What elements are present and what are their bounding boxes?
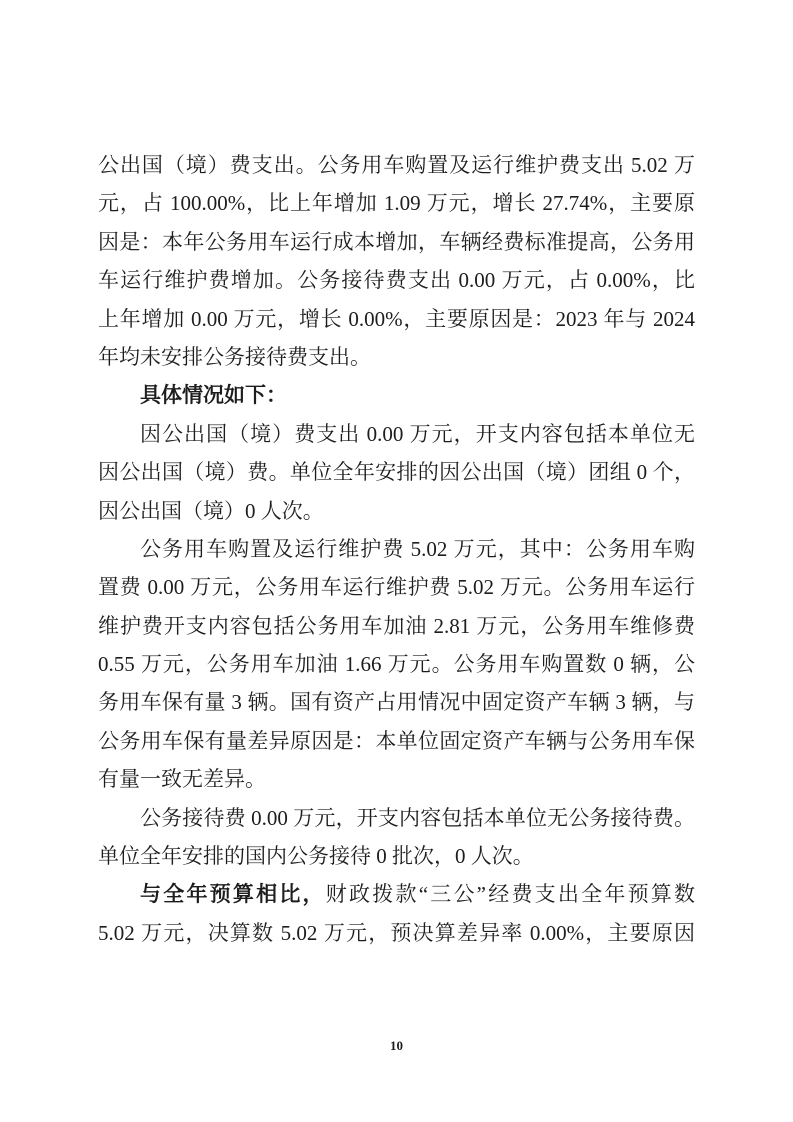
doc-line-15: 务用车保有量 3 辆。国有资产占用情况中固定资产车辆 3 辆，与	[98, 683, 695, 721]
doc-line-1: 公出国（境）费支出。公务用车购置及运行维护费支出 5.02 万	[98, 146, 695, 184]
subsection-heading: 具体情况如下：	[98, 376, 695, 414]
document-body: 公出国（境）费支出。公务用车购置及运行维护费支出 5.02 万 元，占 100.…	[98, 146, 695, 952]
doc-line-4: 车运行维护费增加。公务接待费支出 0.00 万元，占 0.00%，比	[98, 261, 695, 299]
page-footer: 10	[0, 1038, 793, 1054]
doc-line-17: 有量一致无差异。	[98, 760, 695, 798]
doc-line-9: 因公出国（境）费。单位全年安排的因公出国（境）团组 0 个，	[98, 453, 695, 491]
doc-line-18: 公务接待费 0.00 万元，开支内容包括本单位无公务接待费。	[98, 799, 695, 837]
doc-line-5: 上年增加 0.00 万元，增长 0.00%，主要原因是：2023 年与 2024	[98, 300, 695, 338]
doc-line-14: 0.55 万元，公务用车加油 1.66 万元。公务用车购置数 0 辆，公	[98, 645, 695, 683]
doc-line-3: 因是：本年公务用车运行成本增加，车辆经费标准提高，公务用	[98, 223, 695, 261]
doc-line-21: 5.02 万元，决算数 5.02 万元，预决算差异率 0.00%，主要原因	[98, 914, 695, 952]
doc-line-20: 与全年预算相比，财政拨款“三公”经费支出全年预算数	[98, 875, 695, 913]
doc-line-12: 置费 0.00 万元，公务用车运行维护费 5.02 万元。公务用车运行	[98, 568, 695, 606]
doc-line-8: 因公出国（境）费支出 0.00 万元，开支内容包括本单位无	[98, 415, 695, 453]
page-number: 10	[390, 1038, 403, 1053]
doc-line-16: 公务用车保有量差异原因是：本单位固定资产车辆与公务用车保	[98, 722, 695, 760]
document-page: 公出国（境）费支出。公务用车购置及运行维护费支出 5.02 万 元，占 100.…	[0, 0, 793, 1122]
doc-line-19: 单位全年安排的国内公务接待 0 批次，0 人次。	[98, 837, 695, 875]
doc-line-6: 年均未安排公务接待费支出。	[98, 338, 695, 376]
doc-line-10: 因公出国（境）0 人次。	[98, 492, 695, 530]
doc-line-2: 元，占 100.00%，比上年增加 1.09 万元，增长 27.74%，主要原	[98, 184, 695, 222]
budget-comparison-lead: 与全年预算相比，	[140, 882, 326, 906]
budget-comparison-rest: 财政拨款“三公”经费支出全年预算数	[326, 882, 695, 906]
doc-line-13: 维护费开支内容包括公务用车加油 2.81 万元，公务用车维修费	[98, 607, 695, 645]
doc-line-11: 公务用车购置及运行维护费 5.02 万元，其中：公务用车购	[98, 530, 695, 568]
